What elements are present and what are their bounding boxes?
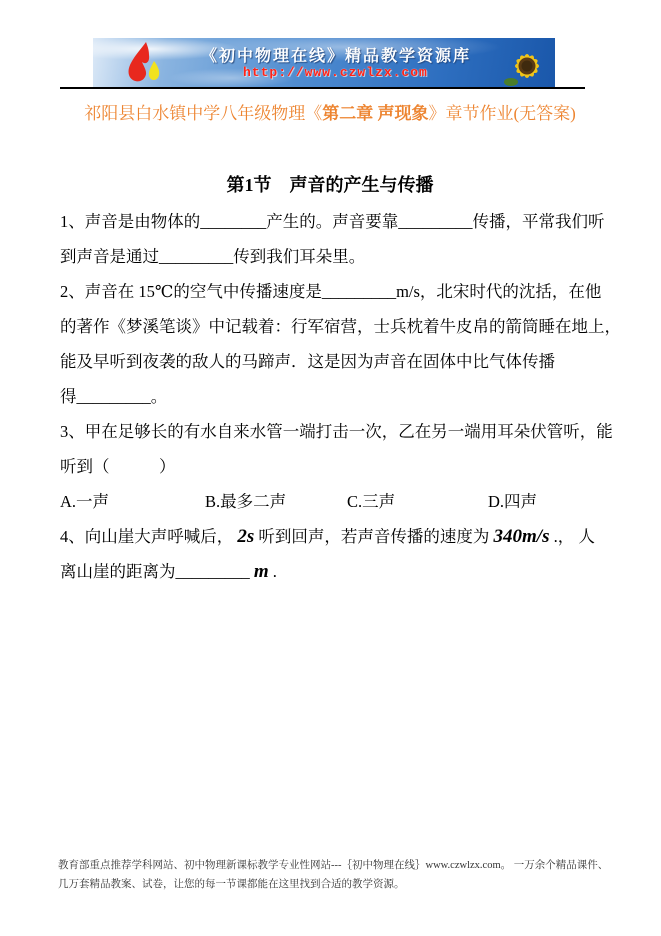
q4-text: 听到回声，若声音传播的速度为 bbox=[254, 527, 493, 546]
doc-title-post: 》章节作业(无答案) bbox=[428, 104, 575, 123]
question-3-line-1: 3、甲在足够长的有水自来水管一端打击一次，乙在另一端用耳朵伏管听，能 bbox=[60, 414, 608, 449]
document-page: 《初中物理在线》精品教学资源库 http://www.czwlzx.com 祁阳… bbox=[0, 0, 661, 936]
option-d: D.四声 bbox=[488, 484, 537, 519]
q4-value-340ms: 340m/s bbox=[494, 526, 550, 547]
q4-text: .， 人 bbox=[549, 527, 594, 546]
option-c: C.三声 bbox=[347, 484, 395, 519]
page-footer: 教育部重点推荐学科网站、初中物理新课标教学专业性网站---｛初中物理在线｝www… bbox=[58, 856, 608, 894]
question-4-line-1: 4、向山崖大声呼喊后， 2s 听到回声，若声音传播的速度为 340m/s .， … bbox=[60, 519, 608, 554]
q4-text: 4、向山崖大声呼喊后， bbox=[60, 527, 237, 546]
question-3-options-row: A.一声 B.最多二声 C.三声 D.四声 bbox=[60, 484, 608, 519]
question-2-line-2: 的著作《梦溪笔谈》中记载着：行军宿营，士兵枕着牛皮帛的箭筒睡在地上， bbox=[60, 309, 608, 344]
q4-text: 离山崖的距离为_________ bbox=[60, 562, 254, 581]
header-banner: 《初中物理在线》精品教学资源库 http://www.czwlzx.com bbox=[93, 38, 555, 88]
question-2-line-4: 得_________。 bbox=[60, 379, 608, 414]
q4-value-2s: 2s bbox=[237, 526, 254, 547]
question-1-line-2: 到声音是通过_________传到我们耳朵里。 bbox=[60, 239, 608, 274]
site-logo-icon bbox=[118, 41, 166, 85]
q4-text: . bbox=[269, 562, 277, 581]
worksheet-body: 1、声音是由物体的________产生的。声音要靠_________传播，平常我… bbox=[60, 204, 608, 589]
q4-unit-m: m bbox=[254, 561, 269, 582]
sunflower-icon bbox=[503, 46, 549, 88]
question-2-line-3: 能及早听到夜袭的敌人的马蹄声．这是因为声音在固体中比气体传播 bbox=[60, 344, 608, 379]
doc-title-chapter: 第二章 声现象 bbox=[322, 104, 428, 123]
footer-line-2: 几万套精品教案、试卷，让您的每一节课都能在这里找到合适的教学资源。 bbox=[58, 875, 608, 894]
question-4-line-2: 离山崖的距离为_________ m . bbox=[60, 554, 608, 589]
option-a: A.一声 bbox=[60, 484, 109, 519]
banner-site-title: 《初中物理在线》精品教学资源库 bbox=[201, 43, 531, 66]
option-b: B.最多二声 bbox=[205, 484, 286, 519]
footer-line-1: 教育部重点推荐学科网站、初中物理新课标教学专业性网站---｛初中物理在线｝www… bbox=[58, 856, 608, 875]
doc-title-pre: 祁阳县白水镇中学八年级物理《 bbox=[84, 104, 322, 123]
question-2-line-1: 2、声音在 15℃的空气中传播速度是_________m/s，北宋时代的沈括，在… bbox=[60, 274, 608, 309]
section-title: 第1节 声音的产生与传播 bbox=[60, 171, 600, 197]
doc-title: 祁阳县白水镇中学八年级物理《第二章 声现象》章节作业(无答案) bbox=[40, 99, 620, 124]
banner-site-url: http://www.czwlzx.com bbox=[243, 65, 428, 80]
header-divider bbox=[60, 87, 585, 89]
question-1-line-1: 1、声音是由物体的________产生的。声音要靠_________传播，平常我… bbox=[60, 204, 608, 239]
question-3-line-2: 听到（ ） bbox=[60, 449, 608, 484]
